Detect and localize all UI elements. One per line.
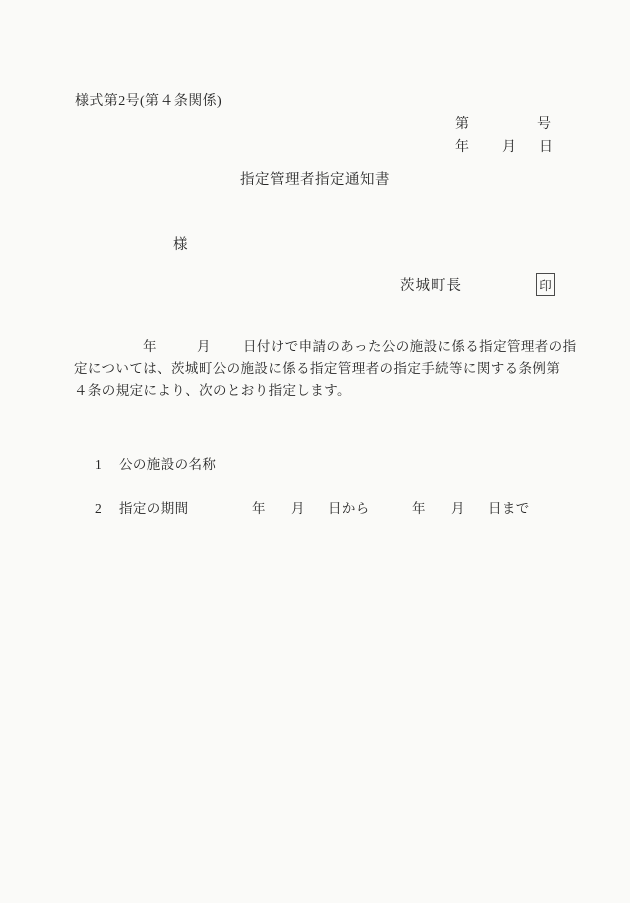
item1-number: 1 [95, 457, 102, 473]
body-paragraph-line2: 定については、茨城町公の施設に係る指定管理者の指定手続等に関する条例第 [74, 361, 560, 377]
date-month-label: 月 [502, 140, 516, 157]
document-number-prefix: 第 [455, 117, 469, 134]
item2-from-day-label: 日から [328, 501, 370, 517]
item2-label: 指定の期間 [119, 501, 189, 517]
document-number-suffix: 号 [537, 117, 551, 134]
signer-name: 茨城町長 [400, 278, 462, 295]
addressee-honorific: 様 [173, 237, 188, 254]
body-paragraph-line1: 日付けで申請のあった公の施設に係る指定管理者の指 [243, 339, 576, 355]
document-title: 指定管理者指定通知書 [240, 172, 390, 189]
seal-character: 印 [539, 276, 552, 294]
document-page: 様式第2号(第４条関係) 第 号 年 月 日 指定管理者指定通知書 様 茨城町長… [0, 0, 630, 903]
item1-label: 公の施設の名称 [119, 457, 216, 473]
item2-to-day-label: 日まで [488, 501, 530, 517]
body-date-month-blank: 月 [197, 339, 211, 355]
date-year-label: 年 [455, 140, 469, 157]
body-paragraph-line3: ４条の規定により、次のとおり指定します。 [74, 383, 351, 399]
date-day-label: 日 [539, 140, 553, 157]
seal-box: 印 [536, 273, 555, 296]
item2-to-year-label: 年 [412, 501, 426, 517]
form-number: 様式第2号(第４条関係) [75, 94, 222, 111]
item2-number: 2 [95, 501, 102, 517]
item2-from-year-label: 年 [252, 501, 266, 517]
item2-to-month-label: 月 [451, 501, 465, 517]
item2-from-month-label: 月 [291, 501, 305, 517]
body-date-year-blank: 年 [143, 339, 157, 355]
